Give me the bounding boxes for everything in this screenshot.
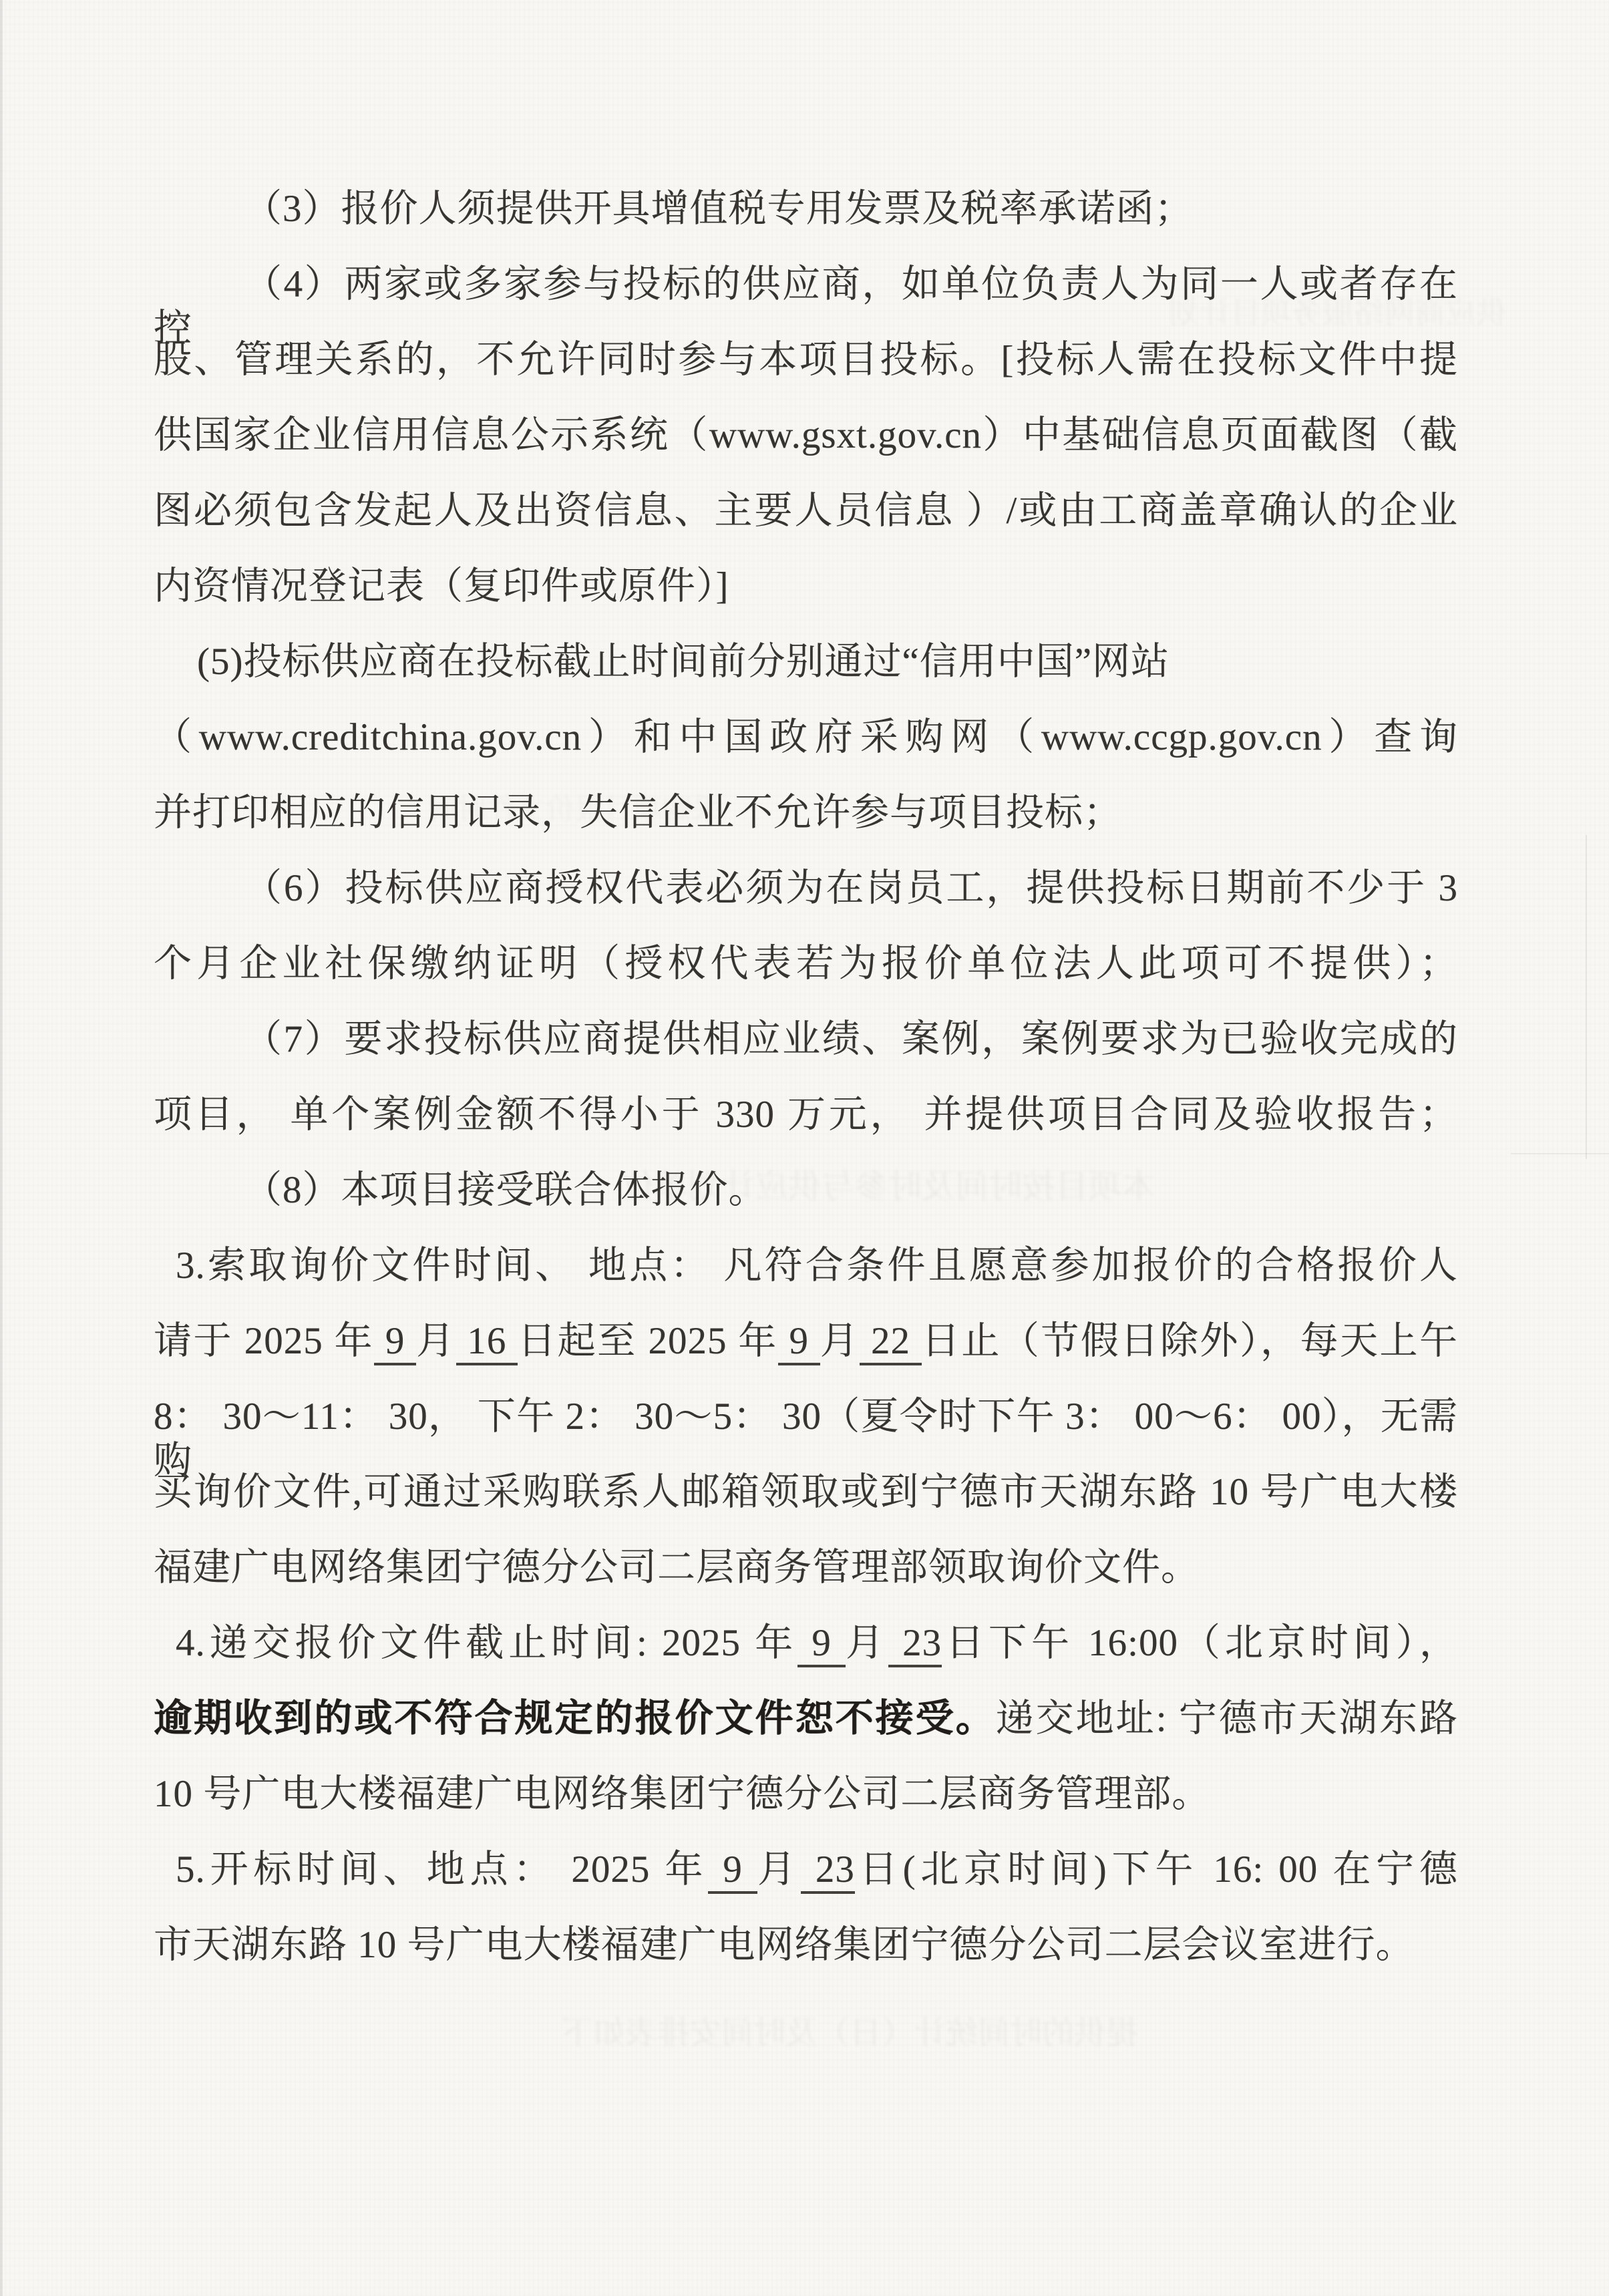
underlined-text: 9 [374,1320,416,1365]
text-line: 内资情况登记表（复印件或原件）] [154,564,1458,609]
text-line: 5.开标时间、地点： 2025 年 9 月 23日(北京时间)下午 16: 00… [154,1848,1458,1892]
underlined-text: 22 [860,1320,922,1365]
bleed-through-ghost-line [1586,835,1587,1159]
bleed-through-ghost-text: 提供的时间统计（日）及时间安排表如下 [561,2007,1138,2053]
text-segment: 5.开标时间、地点： 2025 年 [176,1848,708,1891]
text-line: 请于 2025 年 9 月 16 日起至 2025 年 9 月 22 日止（节假… [154,1319,1458,1363]
underlined-text: 9 [708,1848,757,1894]
text-segment: 福建广电网络集团宁德分公司二层商务管理部领取询价文件。 [154,1546,1200,1589]
text-segment: 内资情况登记表（复印件或原件）] [154,565,729,607]
text-segment: 日止（节假日除外），每天上午 [922,1320,1458,1362]
text-line: 个月企业社保缴纳证明（授权代表若为报价单位法人此项可不提供）； [154,942,1458,986]
text-line: （7）要求投标供应商提供相应业绩、案例，案例要求为已验收完成的 [154,1017,1458,1061]
text-segment: 月 [846,1622,888,1664]
text-segment: 日下午 16:00（北京时间）， [942,1622,1458,1664]
text-segment: 8： 30～11： 30， 下午 2： 30～5： 30（夏令时下午 3： 00… [154,1396,1458,1482]
text-segment: 3.索取询价文件时间、 地点： 凡符合条件且愿意参加报价的合格报价人 [176,1245,1458,1287]
text-line: 3.索取询价文件时间、 地点： 凡符合条件且愿意参加报价的合格报价人 [154,1244,1458,1288]
text-line: 买询价文件,可通过采购联系人邮箱领取或到宁德市天湖东路 10 号广电大楼 [154,1470,1458,1514]
text-segment: （6）投标供应商授权代表必须为在岗员工，提供投标日期前不少于 3 [244,867,1458,909]
underlined-text: 23 [801,1848,855,1894]
text-line: 10 号广电大楼福建广电网络集团宁德分公司二层商务管理部。 [154,1772,1458,1816]
text-line: （6）投标供应商授权代表必须为在岗员工，提供投标日期前不少于 3 [154,866,1458,911]
text-segment: 并打印相应的信用记录，失信企业不允许参与项目投标； [154,792,1122,834]
text-line: 并打印相应的信用记录，失信企业不允许参与项目投标； [154,791,1458,835]
text-segment: 供国家企业信用信息公示系统（www.gsxt.gov.cn）中基础信息页面截图（… [154,414,1458,456]
text-line: 4.递交报价文件截止时间: 2025 年 9 月 23日下午 16:00（北京时… [154,1621,1458,1665]
text-segment: 月 [416,1320,456,1362]
text-line: 市天湖东路 10 号广电大楼福建广电网络集团宁德分公司二层会议室进行。 [154,1923,1458,1967]
text-segment: 日(北京时间)下午 16: 00 在宁德 [855,1848,1458,1891]
text-line: 项目， 单个案例金额不得小于 330 万元， 并提供项目合同及验收报告； [154,1093,1458,1137]
text-segment: （7）要求投标供应商提供相应业绩、案例，案例要求为已验收完成的 [244,1018,1458,1060]
text-segment: 日起至 2025 年 [518,1320,778,1362]
text-segment: 买询价文件,可通过采购联系人邮箱领取或到宁德市天湖东路 10 号广电大楼 [154,1471,1458,1513]
underlined-text: 23 [888,1622,942,1667]
underlined-text: 9 [797,1622,846,1667]
text-line: 逾期收到的或不符合规定的报价文件恕不接受。递交地址: 宁德市天湖东路 [154,1697,1458,1741]
text-segment: 请于 2025 年 [154,1320,374,1362]
text-segment: （3）报价人须提供开具增值税专用发票及税率承诺函； [244,188,1194,230]
text-segment: （www.creditchina.gov.cn）和中国政府采购网（www.ccg… [154,716,1458,758]
text-segment: 项目， 单个案例金额不得小于 330 万元， 并提供项目合同及验收报告； [154,1094,1458,1136]
text-segment: 月 [757,1848,801,1891]
text-segment: 递交地址: 宁德市天湖东路 [996,1697,1458,1740]
text-segment: 4.递交报价文件截止时间: 2025 年 [176,1622,797,1664]
text-line: (5)投标供应商在投标截止时间前分别通过“信用中国”网站 [154,640,1458,684]
text-segment: 个月企业社保缴纳证明（授权代表若为报价单位法人此项可不提供）； [154,943,1458,985]
text-line: （3）报价人须提供开具增值税专用发票及税率承诺函； [154,187,1458,231]
text-line: 供国家企业信用信息公示系统（www.gsxt.gov.cn）中基础信息页面截图（… [154,414,1458,458]
text-line: 福建广电网络集团宁德分公司二层商务管理部领取询价文件。 [154,1546,1458,1590]
text-line: 图必须包含发起人及出资信息、主要人员信息 ）/或由工商盖章确认的企业 [154,489,1458,533]
text-segment: 10 号广电大楼福建广电网络集团宁德分公司二层商务管理部。 [154,1773,1210,1815]
document-content: （3）报价人须提供开具增值税专用发票及税率承诺函；（4）两家或多家参与投标的供应… [0,0,1609,2296]
text-segment: 图必须包含发起人及出资信息、主要人员信息 ）/或由工商盖章确认的企业 [154,490,1458,532]
text-line: （8）本项目接受联合体报价。 [154,1168,1458,1212]
text-segment: 市天湖东路 10 号广电大楼福建广电网络集团宁德分公司二层会议室进行。 [154,1924,1415,1966]
text-segment: （8）本项目接受联合体报价。 [244,1169,767,1211]
text-line: 股、管理关系的，不允许同时参与本项目投标。[投标人需在投标文件中提 [154,338,1458,382]
text-segment: （4）两家或多家参与投标的供应商，如单位负责人为同一人或者存在控 [154,263,1458,349]
text-segment: 股、管理关系的，不允许同时参与本项目投标。[投标人需在投标文件中提 [154,339,1458,381]
scanned-document: { "page": { "background": "#f8f7f3", "te… [0,0,1609,2296]
text-line: （www.creditchina.gov.cn）和中国政府采购网（www.ccg… [154,715,1458,760]
text-segment: 月 [820,1320,860,1362]
bold-text: 逾期收到的或不符合规定的报价文件恕不接受。 [154,1697,996,1740]
text-segment: (5)投标供应商在投标截止时间前分别通过“信用中国”网站 [197,641,1170,683]
underlined-text: 9 [778,1320,820,1365]
underlined-text: 16 [456,1320,518,1365]
bleed-through-ghost-line [1511,1153,1609,1154]
